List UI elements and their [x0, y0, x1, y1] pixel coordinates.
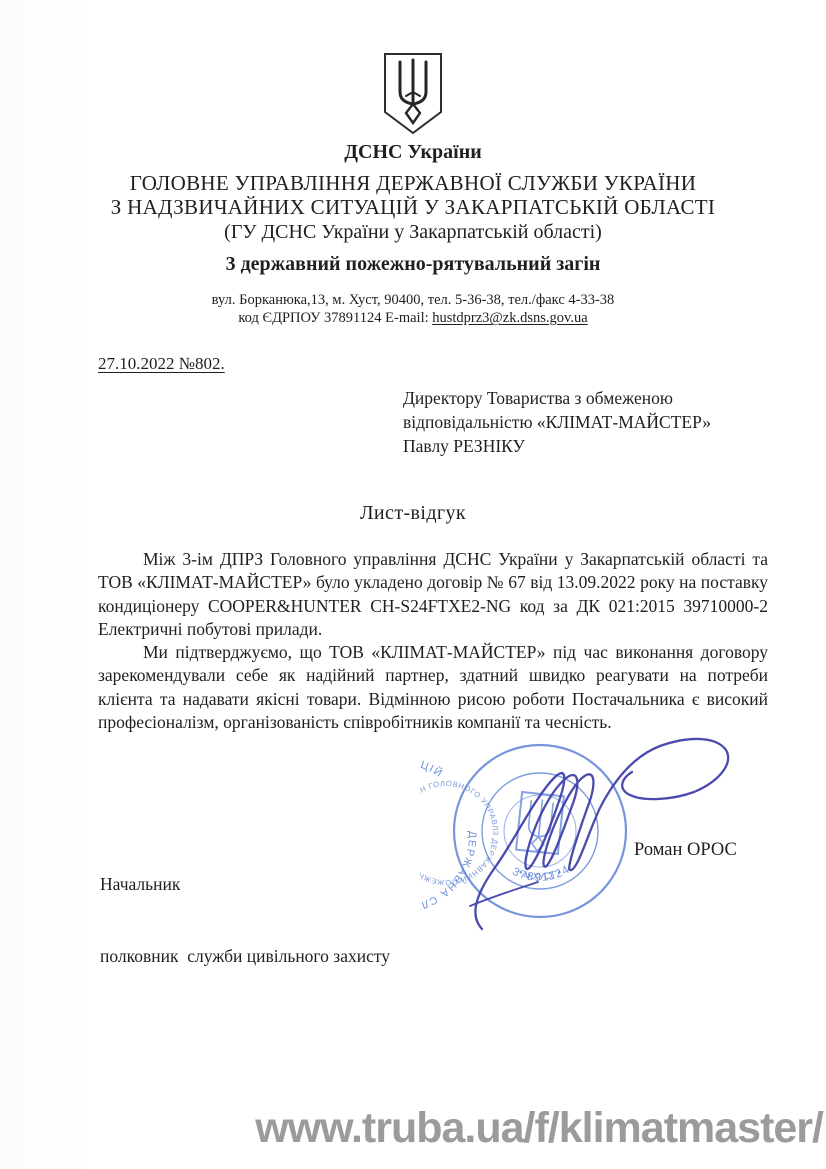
letter-title: Лист-відгук [0, 502, 826, 525]
stamp-outer-ring-text: ДЕРЖАВНА СЛУЖБА УКРАЇНИ З НАДЗВИЧАЙНИХ С… [420, 755, 478, 915]
body-paragraph-1: Між 3-ім ДПРЗ Головного управління ДСНС … [98, 548, 768, 641]
svg-text:ДЕРЖАВНА СЛУЖБА УКРАЇНИ З НАДЗ: ДЕРЖАВНА СЛУЖБА УКРАЇНИ З НАДЗВИЧАЙНИХ С… [420, 755, 478, 915]
addressee-line: Директору Товариства з обмеженою [403, 386, 711, 410]
agency-name-line2: З НАДЗВИЧАЙНИХ СИТУАЦІЙ У ЗАКАРПАТСЬКІЙ … [0, 195, 826, 220]
ukraine-trident-emblem-icon [382, 52, 444, 136]
registry-code: код ЄДРПОУ 37891124 E-mail: [238, 310, 432, 326]
scanned-letter-page: ДСНС України ГОЛОВНЕ УПРАВЛІННЯ ДЕРЖАВНО… [0, 0, 826, 1169]
agency-abbreviation: (ГУ ДСНС України у Закарпатській області… [0, 221, 826, 244]
email-address: hustdprz3@zk.dsns.gov.ua [432, 310, 587, 326]
address-line: вул. Борканюка,13, м. Хуст, 90400, тел. … [0, 292, 826, 309]
signoff-position-line: Начальник [100, 872, 390, 896]
registry-email-line: код ЄДРПОУ 37891124 E-mail: hustdprz3@zk… [0, 310, 826, 327]
signoff-position-block: Начальник полковник служби цивільного за… [100, 824, 390, 1016]
agency-short-name: ДСНС України [0, 141, 826, 164]
date-and-ref-number: 27.10.2022 №802. [98, 354, 225, 374]
agency-name-line1: ГОЛОВНЕ УПРАВЛІННЯ ДЕРЖАВНОЇ СЛУЖБИ УКРА… [0, 171, 826, 196]
addressee-block: Директору Товариства з обмеженою відпові… [403, 386, 711, 458]
site-watermark: www.truba.ua/f/klimatmaster/ [255, 1104, 823, 1153]
svg-text:37891124: 37891124 [510, 863, 572, 884]
stamp-edrpou-code: 37891124 [510, 863, 572, 884]
unit-name: 3 державний пожежно-рятувальний загін [0, 253, 826, 276]
addressee-line: відповідальністю «КЛІМАТ-МАЙСТЕР» [403, 410, 711, 434]
official-stamp-and-signature: ДЕРЖАВНА СЛУЖБА УКРАЇНИ З НАДЗВИЧАЙНИХ С… [420, 706, 740, 956]
addressee-line: Павлу РЕЗНІКУ [403, 434, 711, 458]
signoff-position-line: полковник служби цивільного захисту [100, 944, 390, 968]
